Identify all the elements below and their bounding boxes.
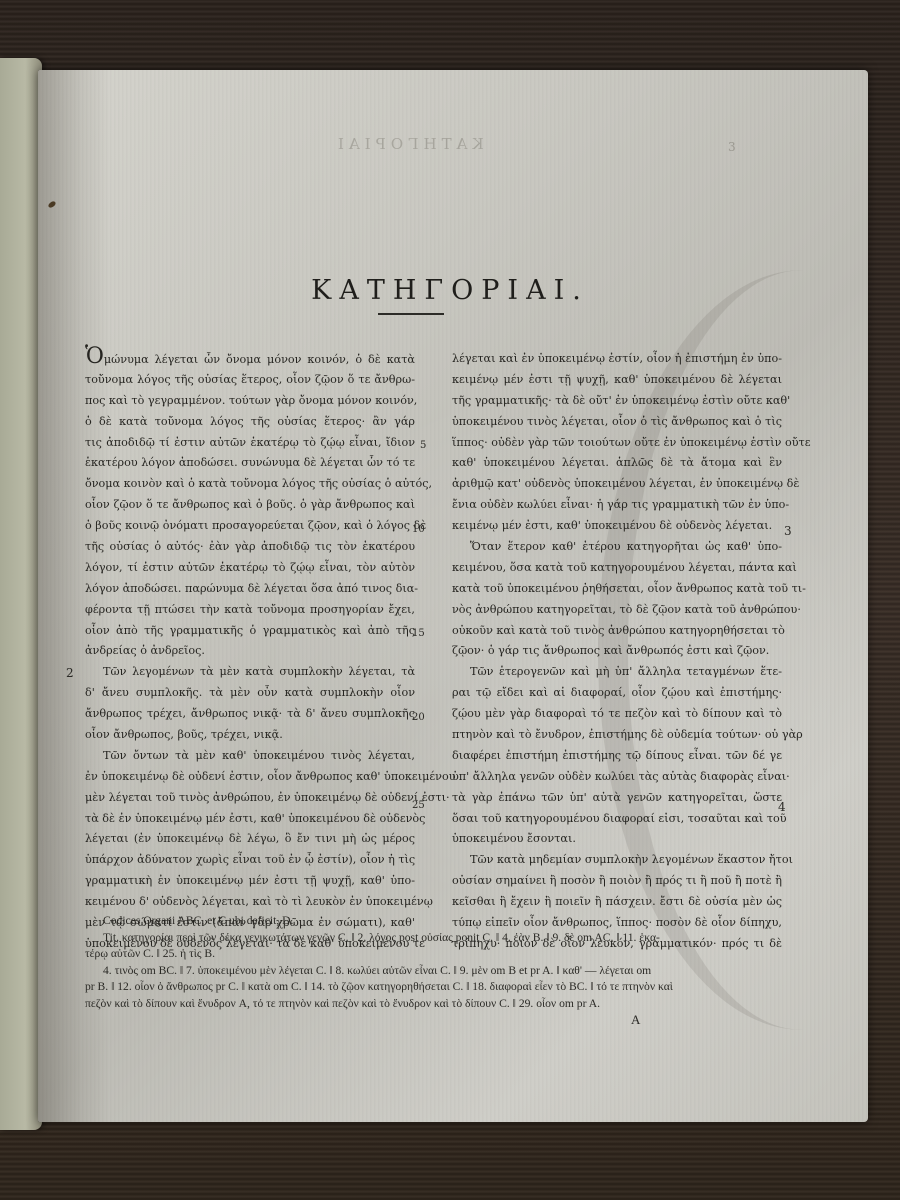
- apparatus-line: τέρῳ αὐτῶν C. ‖ 25. ἡ τὶς B.: [85, 946, 785, 963]
- text-line: Τῶν ἑτερογενῶν καὶ μὴ ὑπ' ἄλληλα τεταγμέ…: [452, 662, 782, 683]
- text-line: ἄνθρωπος τρέχει, ἄνθρωπος νικᾷ· τὰ δ' ἄν…: [85, 704, 415, 725]
- apparatus-line: pr B. ‖ 12. οἷον ὁ ἄνθρωπος pr C. ‖ κατὰ…: [85, 979, 785, 996]
- text-line: ὑποκειμένου τινὸς λέγεται, οἷον ὁ τὶς ἄν…: [452, 412, 782, 433]
- text-line: Ὁμώνυμα λέγεται ὧν ὄνομα μόνον κοινόν, ὁ…: [85, 349, 415, 370]
- text-line: λόγον ἀποδώσει. παρώνυμα δὲ λέγεται ὅσα …: [85, 579, 415, 600]
- text-line: ὅσαι τοῦ κατηγορουμένου διαφοραί εἰσι, τ…: [452, 809, 782, 830]
- section-number: 3: [784, 524, 792, 538]
- text-line-rest: μώνυμα λέγεται ὧν ὄνομα μόνον κοινόν, ὁ …: [104, 353, 415, 366]
- text-line: λέγεται (ἐν ὑποκειμένῳ δὲ λέγω, ὃ ἔν τιν…: [85, 829, 415, 850]
- title-rule-divider: [378, 313, 444, 315]
- text-line: κειμένῳ μέν ἐστι, καθ' ὑποκειμένου δὲ οὐ…: [452, 516, 782, 537]
- text-line: ραι τῷ εἴδει καὶ αἱ διαφοραί, οἷον ζῴου …: [452, 683, 782, 704]
- bleed-through-page-number: 3: [728, 140, 736, 154]
- signature-mark: A: [631, 1012, 640, 1028]
- text-line: οὐσίαν σημαίνει ἢ ποσὸν ἢ ποιὸν ἢ πρός τ…: [452, 871, 782, 892]
- text-line: ἔνια οὐδὲν κωλύει εἶναι· ἡ γάρ τις γραμμ…: [452, 495, 782, 516]
- text-line: ἵππος· οὐδὲν γὰρ τῶν τοιούτων οὔτε ἐν ὑπ…: [452, 433, 782, 454]
- text-line: λέγεται καὶ ἐν ὑποκειμένῳ ἐστίν, οἷον ἡ …: [452, 349, 782, 370]
- text-line: δ' ἄνευ συμπλοκῆς. τὰ μὲν οὖν κατὰ συμπλ…: [85, 683, 415, 704]
- page-title: ΚΑΤΗΓΟΡΙΑΙ.: [0, 275, 900, 306]
- text-line: μὲν λέγεται τοῦ τινὸς ἀνθρώπου, ἐν ὑποκε…: [85, 788, 415, 809]
- line-number: 15: [412, 628, 425, 639]
- text-line: γραμματικὴ ἐν ὑποκειμένῳ μέν ἐστι τῇ ψυχ…: [85, 871, 415, 892]
- line-number: 10: [412, 524, 425, 535]
- apparatus-line: Tit. κατηγορίαι περὶ τῶν δέκα γενικωτάτω…: [85, 930, 785, 947]
- text-line: πος καὶ τὸ γεγραμμένον. τούτων γὰρ ὄνομα…: [85, 391, 415, 412]
- text-line: ζῴου μὲν γὰρ διαφοραὶ τό τε πεζὸν καὶ τὸ…: [452, 704, 782, 725]
- right-text-column: λέγεται καὶ ἐν ὑποκειμένῳ ἐστίν, οἷον ἡ …: [452, 349, 782, 955]
- section-number: 2: [66, 666, 74, 680]
- text-line: Τῶν κατὰ μηδεμίαν συμπλοκὴν λεγομένων ἕκ…: [452, 850, 782, 871]
- text-line: τοὔνομα λόγος τῆς οὐσίας ἕτερος, οἷον ζῷ…: [85, 370, 415, 391]
- critical-apparatus: Codices Organi ABC, et C ubi deficit, D.…: [85, 913, 785, 1013]
- text-line: πτηνὸν καὶ τὸ ἔνυδρον, ἐπιστήμης δὲ οὐδε…: [452, 725, 782, 746]
- apparatus-line: πεζὸν καὶ τὸ δίπουν καὶ ἔνυδρον A, τό τε…: [85, 996, 785, 1013]
- apparatus-line: 4. τινὸς om BC. ‖ 7. ὑποκειμένου μὲν λέγ…: [85, 963, 785, 980]
- text-line: ἐν ὑποκειμένῳ δὲ οὐδενί ἐστιν, οἷον ἄνθρ…: [85, 767, 415, 788]
- text-line: ἀριθμῷ κατ' οὐδενὸς ὑποκειμένου λέγεται,…: [452, 474, 782, 495]
- text-line: κειμένου δ' οὐδενὸς λέγεται, καὶ τὸ τὶ λ…: [85, 892, 415, 913]
- text-line: ὑπ' ἄλληλα γενῶν οὐδὲν κωλύει τὰς αὐτὰς …: [452, 767, 782, 788]
- line-number: 20: [412, 712, 425, 723]
- text-line: κατὰ τοῦ ὑποκειμένου ῥηθήσεται, οἷον ἄνθ…: [452, 579, 782, 600]
- facing-page-edge: [0, 58, 42, 1130]
- text-line: φέροντα τῇ πτώσει τὴν κατὰ τοὔνομα προση…: [85, 600, 415, 621]
- text-line: τις ἀποδιδῷ τί ἐστιν αὐτῶν ἑκατέρῳ τὸ ζῴ…: [85, 433, 415, 454]
- text-line: ἑκατέρου λόγον ἀποδώσει. συνώνυμα δὲ λέγ…: [85, 453, 415, 474]
- line-number: 5: [420, 440, 426, 451]
- text-line: οὐκοῦν καὶ κατὰ τοῦ τινὸς ἀνθρώπου κατηγ…: [452, 621, 782, 642]
- text-line: κειμένῳ μέν ἐστι τῇ ψυχῇ, καθ' ὑποκειμέν…: [452, 370, 782, 391]
- text-line: οἷον ζῷον ὅ τε ἄνθρωπος καὶ ὁ βοῦς. ὁ γὰ…: [85, 495, 415, 516]
- text-line: διαφέρει ἐπιστήμη ἐπιστήμης τῷ δίπους εἶ…: [452, 746, 782, 767]
- text-line: Τῶν ὄντων τὰ μὲν καθ' ὑποκειμένου τινὸς …: [85, 746, 415, 767]
- section-number: 4: [778, 800, 786, 814]
- bleed-through-header: ΚΑΤΗΓΟΡΙΑΙ: [333, 135, 484, 153]
- text-line: τὰ δὲ ἐν ὑποκειμένῳ μέν ἐστι, καθ' ὑποκε…: [85, 809, 415, 830]
- text-line: νὸς ἀνθρώπου κατηγορεῖται, τὸ δὲ ζῷον κα…: [452, 600, 782, 621]
- text-line: ὑπάρχον ἀδύνατον χωρὶς εἶναι τοῦ ἐν ᾧ ἐσ…: [85, 850, 415, 871]
- text-line: ὄνομα κοινὸν καὶ ὁ κατὰ τοὔνομα λόγος τῆ…: [85, 474, 415, 495]
- text-line: ὁ βοῦς κοινῷ ὀνόματι προσαγορεύεται ζῷον…: [85, 516, 415, 537]
- text-line: οἷον ἄνθρωπος, βοῦς, τρέχει, νικᾷ.: [85, 725, 415, 746]
- text-line: τῆς γραμματικῆς· τὰ δὲ οὔτ' ἐν ὑποκειμέν…: [452, 391, 782, 412]
- text-line: κεῖσθαι ἢ ἔχειν ἢ ποιεῖν ἢ πάσχειν. ἔστι…: [452, 892, 782, 913]
- text-line: Ὅταν ἕτερον καθ' ἑτέρου κατηγορῆται ὡς κ…: [452, 537, 782, 558]
- text-line: ἀνδρείας ὁ ἀνδρεῖος.: [85, 641, 415, 662]
- text-line: τῆς οὐσίας ὁ αὐτός· ἐὰν γὰρ ἀποδιδῷ τις …: [85, 537, 415, 558]
- text-line: ὁ δὲ κατὰ τοὔνομα λόγος τῆς οὐσίας ἕτερο…: [85, 412, 415, 433]
- text-line: λόγον, τί ἐστιν αὐτῶν ἑκατέρῳ τὸ ζῴῳ εἶν…: [85, 558, 415, 579]
- line-number: 25: [412, 800, 425, 811]
- text-line: καθ' ὑποκειμένου λέγεται. ἁπλῶς δὲ τὰ ἄτ…: [452, 453, 782, 474]
- text-line: οἷον ἀπὸ τῆς γραμματικῆς ὁ γραμματικὸς κ…: [85, 621, 415, 642]
- left-text-column: Ὁμώνυμα λέγεται ὧν ὄνομα μόνον κοινόν, ὁ…: [85, 349, 415, 955]
- text-line: Τῶν λεγομένων τὰ μὲν κατὰ συμπλοκὴν λέγε…: [85, 662, 415, 683]
- text-line: ὑποκειμένου ἔσονται.: [452, 829, 782, 850]
- text-line: τὰ γὰρ ἐπάνω τῶν ὑπ' αὐτὰ γενῶν κατηγορε…: [452, 788, 782, 809]
- apparatus-line: Codices Organi ABC, et C ubi deficit, D.: [85, 913, 785, 930]
- text-line: ζῷον· ὁ γάρ τις ἄνθρωπος καὶ ἄνθρωπός ἐσ…: [452, 641, 782, 662]
- text-line: κειμένου, ὅσα κατὰ τοῦ κατηγορουμένου λέ…: [452, 558, 782, 579]
- drop-cap: Ὁ: [85, 344, 104, 369]
